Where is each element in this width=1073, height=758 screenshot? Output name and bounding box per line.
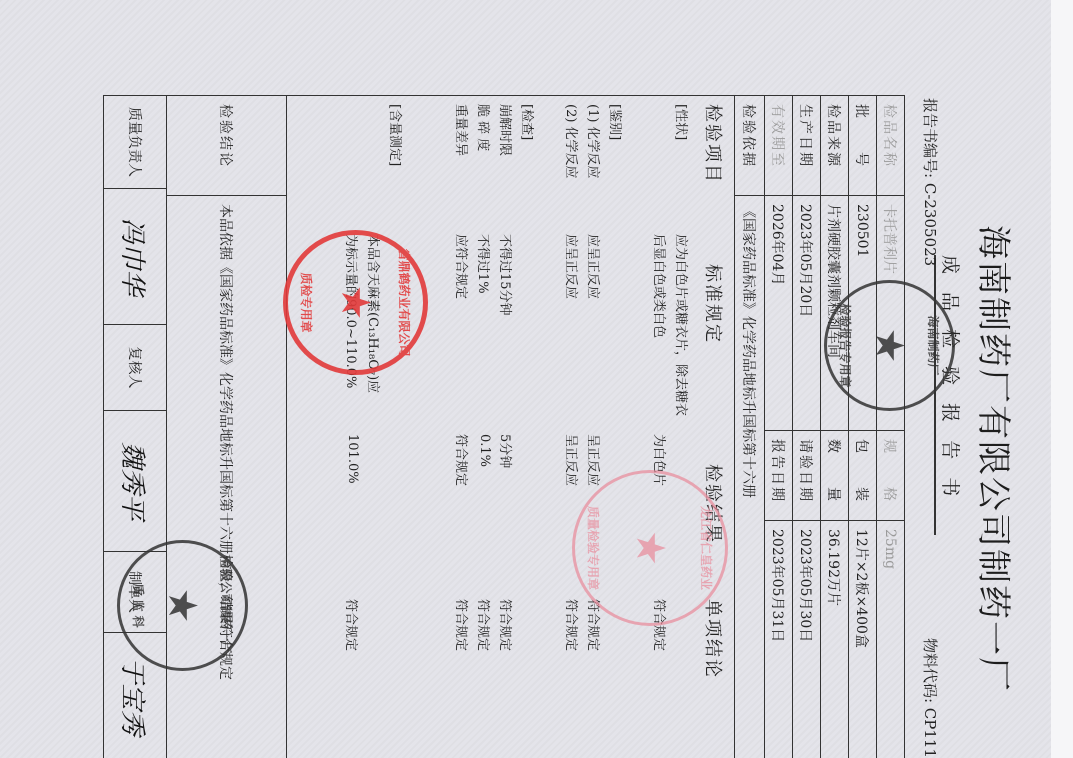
reviewer-signature: 魏秀平 bbox=[104, 411, 166, 552]
items-header: 检验项目 标准规定 检验结果 单项结论 bbox=[694, 96, 734, 758]
item-conclusion: 符合规定 bbox=[476, 599, 495, 739]
item-row: 重量差异应符合规定符合规定符合规定 bbox=[452, 96, 474, 758]
item-row: (1) 化学反应应呈正反应呈正反应符合规定 bbox=[584, 96, 606, 758]
specification: 25mg bbox=[877, 521, 905, 758]
info-row: 检品名称 卡托普利片 规 格 25mg bbox=[877, 96, 905, 758]
conclusion-text: 本品依据《国家药品标准》化学药品地标升国标第十六册检验，结果符合规定 bbox=[167, 196, 287, 758]
report-type-text: 成 品 检 验 报 告 书 bbox=[938, 255, 965, 502]
item-result: 101.0% bbox=[346, 434, 361, 599]
item-result: 呈正反应 bbox=[586, 434, 605, 599]
item-result: 呈正反应 bbox=[564, 434, 583, 599]
item-result: 0.1% bbox=[478, 434, 493, 599]
item-item: [检查] bbox=[520, 104, 539, 234]
basis-row: 检验依据 《国家药品标准》化学药品地标升国标第十六册 bbox=[735, 96, 765, 758]
item-item: [性状] bbox=[674, 104, 693, 234]
item-result: 为白色片 bbox=[652, 434, 671, 599]
preparer-signature: 于宝秀 bbox=[104, 633, 166, 758]
item-standard: 为标示量的90.0~110.0% bbox=[344, 234, 363, 434]
item-item: [鉴别] bbox=[608, 104, 627, 234]
item-row: 崩解时限不得过15分钟5分钟符合规定 bbox=[496, 96, 518, 758]
item-standard: 应呈正反应 bbox=[564, 234, 583, 434]
item-standard: 不得过15分钟 bbox=[498, 234, 517, 434]
preparer-label: 制单人 bbox=[104, 552, 166, 633]
report-date: 2023年05月31日 bbox=[765, 521, 793, 758]
item-row: 后显白色或类白色为白色片符合规定 bbox=[650, 96, 672, 758]
request-date: 2023年05月30日 bbox=[793, 521, 821, 758]
item-item: (2) 化学反应 bbox=[564, 104, 583, 234]
item-conclusion: 符合规定 bbox=[344, 599, 363, 739]
info-row: 生产日期 2023年05月20日 请验日期 2023年05月30日 bbox=[793, 96, 821, 758]
item-row: [检查] bbox=[518, 96, 540, 758]
item-conclusion: 符合规定 bbox=[586, 599, 605, 739]
item-rows: [性状]应为白色片或糖衣片，除去糖衣后显白色或类白色为白色片符合规定[鉴别](1… bbox=[342, 96, 694, 758]
scan-edge bbox=[1051, 0, 1073, 758]
item-row: 本品含天麻素(C₁₃H₁₈O₇)应 bbox=[364, 96, 386, 758]
item-conclusion: 符合规定 bbox=[564, 599, 583, 739]
item-row bbox=[540, 96, 562, 758]
item-row: [鉴别] bbox=[606, 96, 628, 758]
item-item: [含量测定] bbox=[388, 104, 407, 234]
item-row: 脆 碎 度不得过1%0.1%符合规定 bbox=[474, 96, 496, 758]
info-row: 批 号 230501 包 装 12片×2板×400盒 bbox=[849, 96, 877, 758]
info-row: 检品来源 片剂硬胶囊剂颗粒剂车间 数 量 36.192万片 bbox=[821, 96, 849, 758]
report-number: 报告书编号: C-2305023 bbox=[920, 98, 941, 266]
rotated-document-page: 海南制药厂有限公司制药一厂 成 品 检 验 报 告 书 报告书编号: C-230… bbox=[0, 0, 1073, 758]
inspection-basis: 《国家药品标准》化学药品地标升国标第十六册 bbox=[735, 196, 765, 758]
item-result: 符合规定 bbox=[454, 434, 473, 599]
item-item: 重量差异 bbox=[454, 104, 473, 234]
company-title: 海南制药厂有限公司制药一厂 bbox=[972, 225, 1021, 693]
quantity: 36.192万片 bbox=[821, 521, 849, 758]
item-standard: 应呈正反应 bbox=[586, 234, 605, 434]
expiry-date: 2026年04月 bbox=[765, 196, 793, 431]
item-conclusion: 符合规定 bbox=[652, 599, 671, 739]
report-meta: 报告书编号: C-2305023 物料代码: CP111 bbox=[920, 98, 941, 758]
item-row: (2) 化学反应应呈正反应呈正反应符合规定 bbox=[562, 96, 584, 758]
item-row bbox=[628, 96, 650, 758]
item-conclusion: 符合规定 bbox=[498, 599, 517, 739]
info-row: 有效期至 2026年04月 报告日期 2023年05月31日 bbox=[765, 96, 793, 758]
item-result: 5分钟 bbox=[498, 434, 517, 599]
item-row: 为标示量的90.0~110.0%101.0%符合规定 bbox=[342, 96, 364, 758]
batch-number: 230501 bbox=[849, 196, 877, 431]
item-row: [性状]应为白色片或糖衣片，除去糖衣 bbox=[672, 96, 694, 758]
quality-manager-signature: 冯巾华 bbox=[104, 189, 166, 325]
product-name: 卡托普利片 bbox=[877, 196, 905, 431]
sample-source: 片剂硬胶囊剂颗粒剂车间 bbox=[821, 196, 849, 431]
item-conclusion: 符合规定 bbox=[454, 599, 473, 739]
inspection-report-table: 检品名称 卡托普利片 规 格 25mg 批 号 230501 包 装 12片×2… bbox=[103, 95, 905, 758]
item-item: 崩解时限 bbox=[498, 104, 517, 234]
production-date: 2023年05月20日 bbox=[793, 196, 821, 431]
signature-row: 质量负责人 冯巾华 复核人 魏秀平 制单人 于宝秀 bbox=[104, 96, 167, 758]
packaging: 12片×2板×400盒 bbox=[849, 521, 877, 758]
item-standard: 不得过1% bbox=[476, 234, 495, 434]
item-standard: 本品含天麻素(C₁₃H₁₈O₇)应 bbox=[366, 234, 385, 434]
reviewer-label: 复核人 bbox=[104, 325, 166, 411]
quality-manager-label: 质量负责人 bbox=[104, 96, 166, 189]
item-standard: 应符合规定 bbox=[454, 234, 473, 434]
item-row bbox=[430, 96, 452, 758]
conclusion-row: 检验结论 本品依据《国家药品标准》化学药品地标升国标第十六册检验，结果符合规定 bbox=[167, 96, 287, 758]
item-item: (1) 化学反应 bbox=[586, 104, 605, 234]
item-row bbox=[408, 96, 430, 758]
item-standard: 后显白色或类白色 bbox=[652, 234, 671, 434]
item-item: 脆 碎 度 bbox=[476, 104, 495, 234]
item-standard: 应为白色片或糖衣片，除去糖衣 bbox=[674, 234, 693, 434]
material-code: 物料代码: CP111 bbox=[920, 638, 941, 758]
items-section: 检验项目 标准规定 检验结果 单项结论 [性状]应为白色片或糖衣片，除去糖衣后显… bbox=[287, 96, 735, 758]
item-row: [含量测定] bbox=[386, 96, 408, 758]
